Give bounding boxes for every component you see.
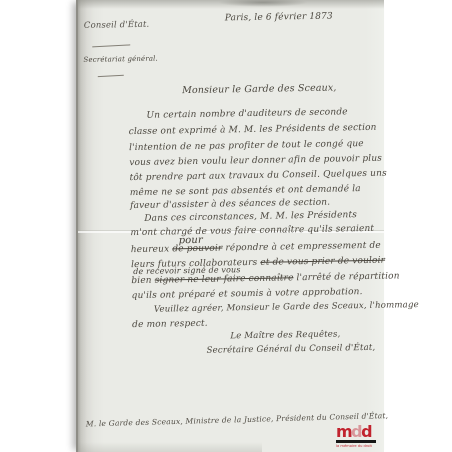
struck-text: de pouvoir [172,243,222,254]
body-line: tôt prendre part aux travaux du Conseil.… [129,170,386,183]
logo-letter-d: d [361,424,371,439]
body-line: classe ont exprimé à M. M. les Président… [129,124,377,137]
logo-letter-d-light: d [351,424,361,439]
signature-title: Secrétaire Général du Conseil d'État, [207,344,376,356]
body-text: heureux [131,244,173,255]
body-line-with-strikethrough: bien signer ne leur faire connaître l'ar… [131,272,399,286]
memoire-du-droit-watermark: m d d la mémoire du droit [336,424,376,452]
closing-line: de mon respect. [132,320,208,330]
struck-text: et de vous prier de vouloir [260,256,385,268]
body-text: l'arrêté de répartition [293,271,399,283]
body-line: vous avez bien voulu leur donner afin de… [129,155,382,168]
md-logo: m d d [336,424,376,439]
body-line: l'intention de ne pas profiter de tout l… [129,140,364,153]
letterhead-department: Secrétariat général. [83,56,158,64]
body-line: même ne se sont pas absentés et ont dema… [130,185,361,198]
body-text: répondre à cet empressement de [222,241,381,254]
logo-letter-m: m [336,424,351,439]
body-line: Dans ces circonstances, M. M. les Présid… [144,211,357,224]
letterhead-organization: Conseil d'État. [84,21,150,31]
department-rule [98,75,124,77]
body-text: bien [131,276,155,286]
body-line: faveur d'assister à des séances de secti… [130,199,330,211]
signature-title: Le Maître des Requêtes, [230,330,340,341]
logo-tagline: la mémoire du droit [336,444,357,448]
body-line: qu'ils ont préparé et soumis à votre app… [132,288,363,301]
scanned-letter-page: Conseil d'État. Secrétariat général. Par… [76,0,384,452]
handwritten-letter: Conseil d'État. Secrétariat général. Par… [74,0,388,452]
struck-text: signer ne leur faire connaître [155,273,294,285]
salutation: Monsieur le Garde des Sceaux, [182,83,337,95]
body-line: Un certain nombre d'auditeurs de seconde [146,108,347,121]
letterhead-rule [92,44,130,47]
body-line: m'ont chargé de vous faire connaître qu'… [130,225,374,238]
dateline: Paris, le 6 février 1873 [225,13,333,24]
closing-line: Veuillez agréer, Monsieur le Garde des S… [154,301,419,314]
body-line-with-strikethrough: heureux de pouvoir répondre à cet empres… [131,242,381,255]
